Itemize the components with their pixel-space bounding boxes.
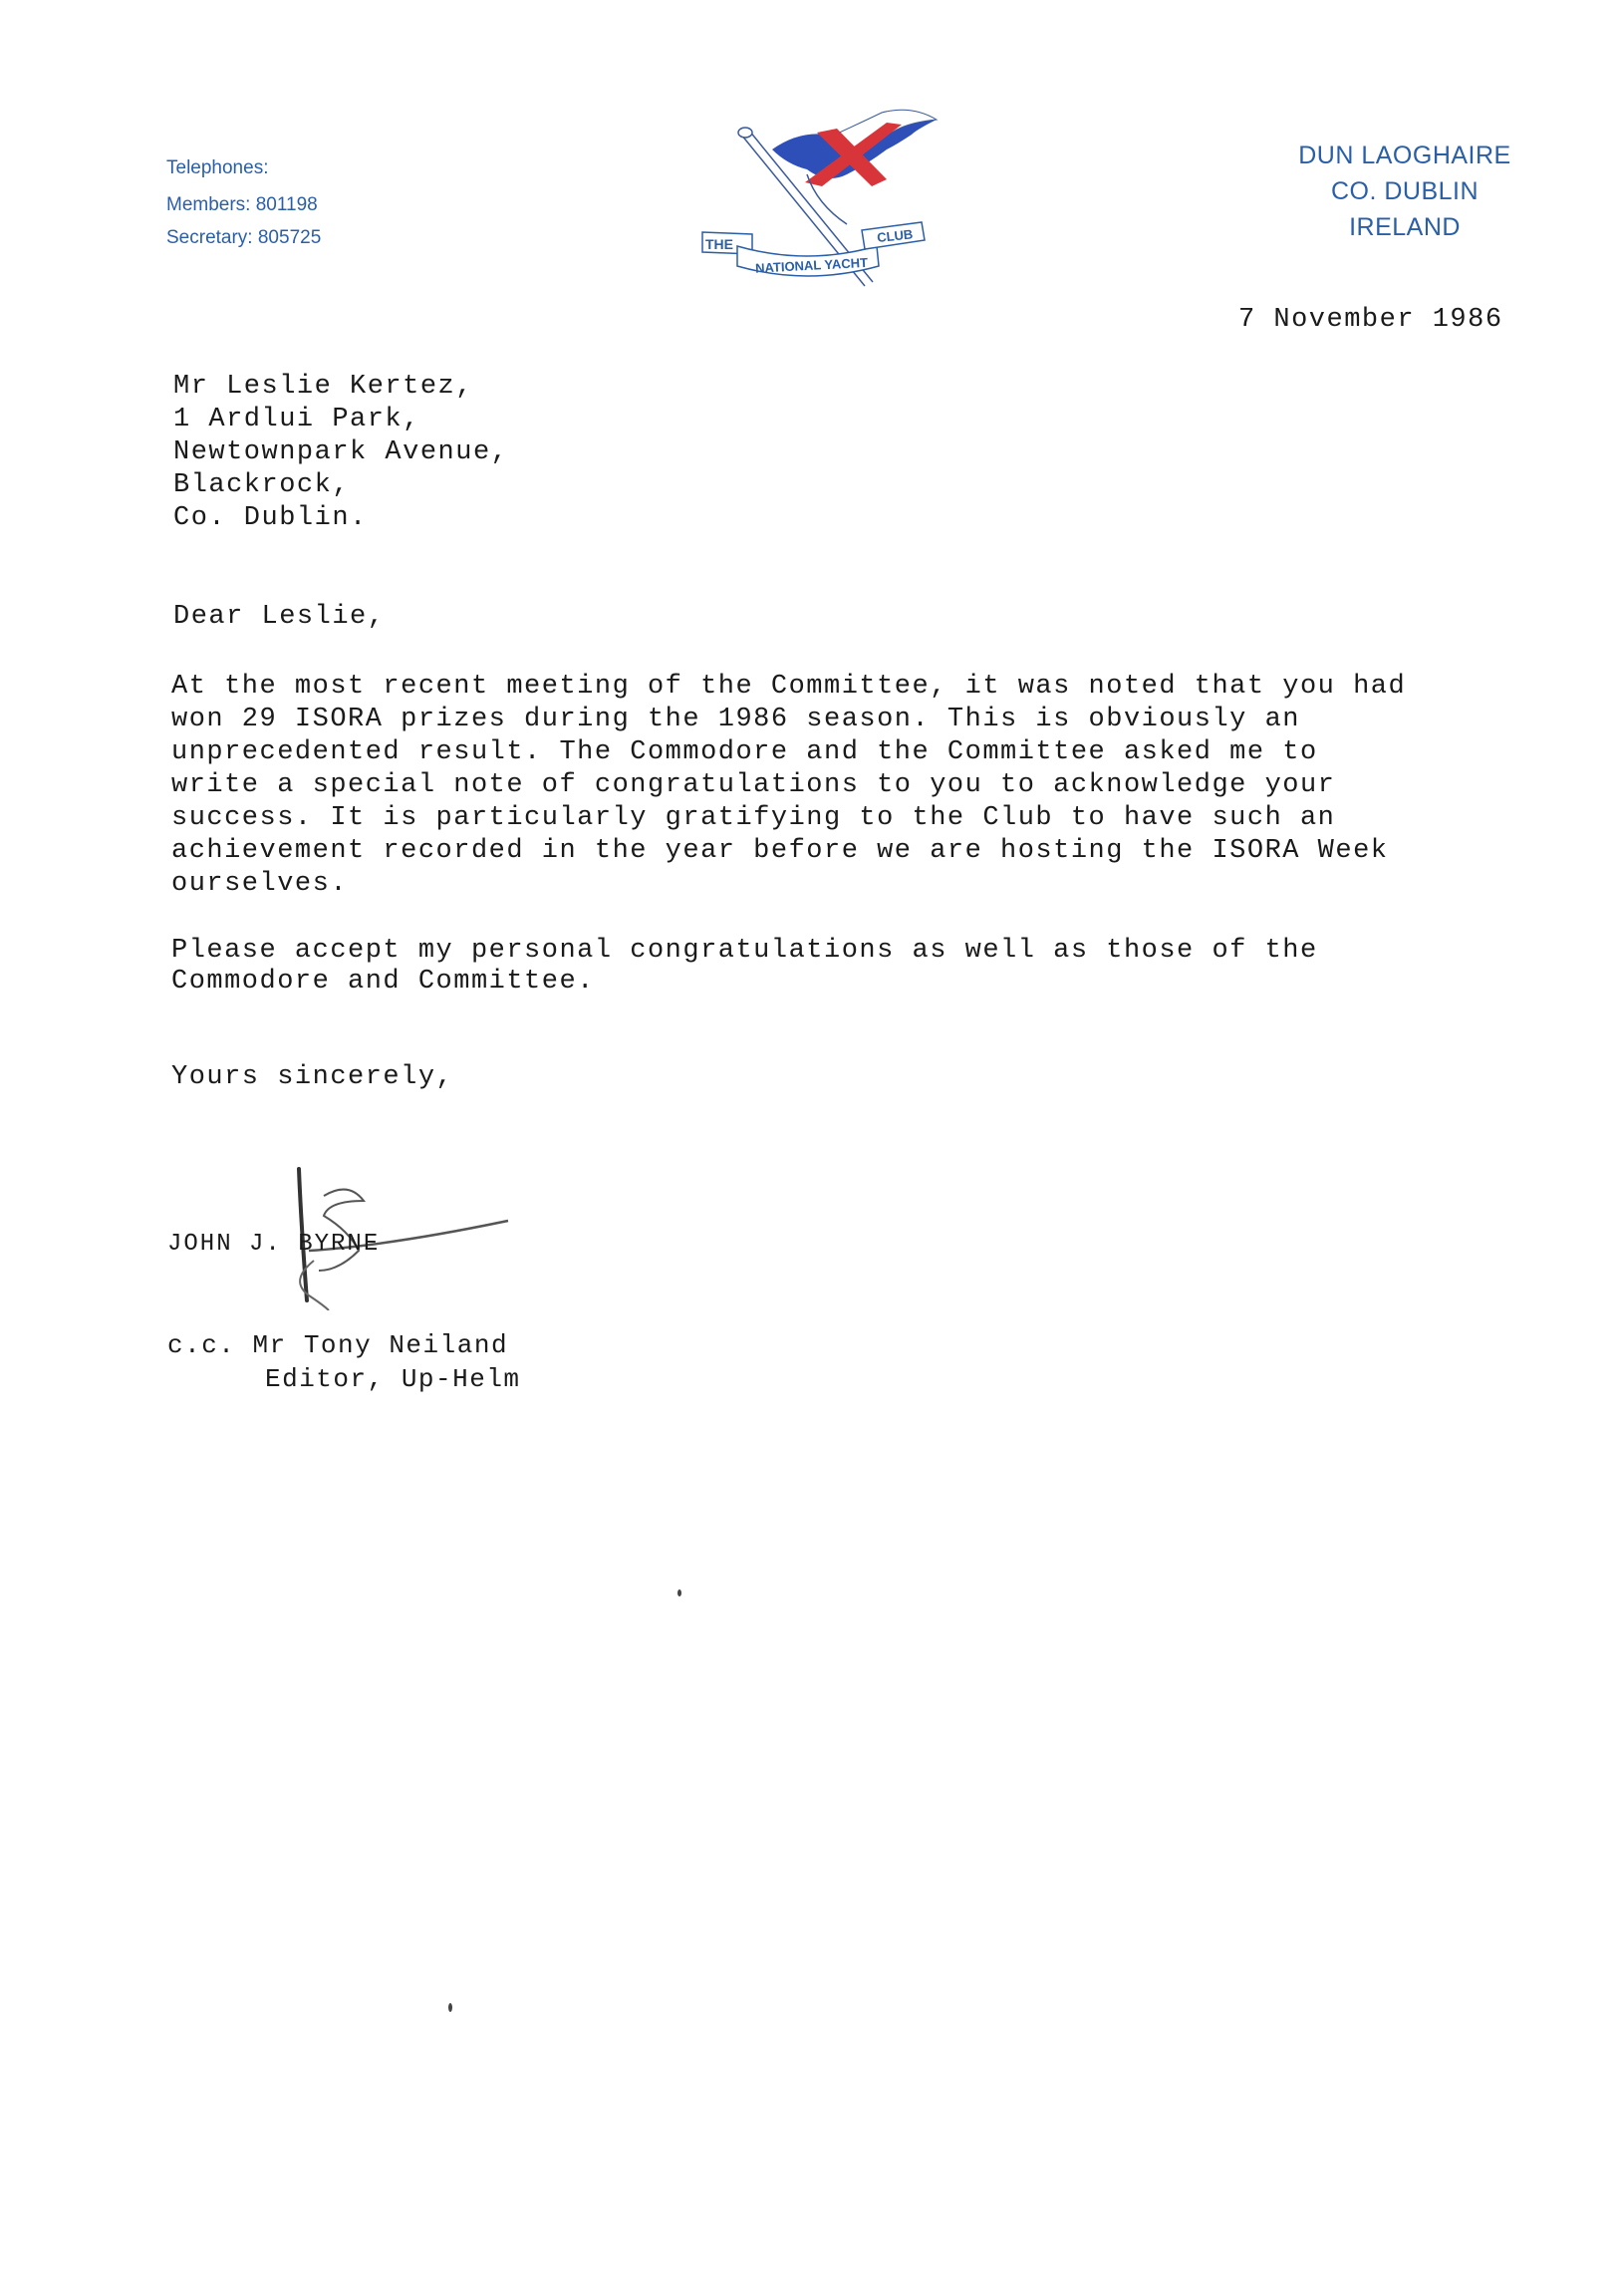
letter-date: 7 November 1986	[1238, 305, 1503, 335]
body-line: won 29 ISORA prizes during the 1986 seas…	[171, 704, 1586, 736]
address-line: DUN LAOGHAIRE	[1255, 138, 1554, 173]
body-paragraph-2: Please accept my personal congratulation…	[171, 936, 1318, 998]
recipient-line: 1 Ardlui Park,	[173, 404, 508, 436]
svg-text:THE: THE	[705, 236, 733, 252]
closing: Yours sincerely,	[171, 1062, 453, 1092]
burgee-flag-icon	[772, 110, 937, 224]
yacht-club-burgee-logo: THE NATIONAL YACHT CLUB	[697, 95, 966, 289]
body-line: unprecedented result. The Commodore and …	[171, 736, 1586, 769]
recipient-line: Blackrock,	[173, 469, 508, 502]
recipient-address: Mr Leslie Kertez, 1 Ardlui Park, Newtown…	[173, 371, 508, 535]
recipient-line: Newtownpark Avenue,	[173, 436, 508, 469]
scan-speck	[448, 2003, 452, 2012]
body-line: achievement recorded in the year before …	[171, 835, 1586, 868]
telephone-block: Telephones: Members: 801198 Secretary: 8…	[166, 149, 321, 256]
body-line: success. It is particularly gratifying t…	[171, 802, 1586, 835]
body-line: Commodore and Committee.	[171, 967, 1318, 998]
recipient-line: Mr Leslie Kertez,	[173, 371, 508, 404]
cc-recipient: c.c. Mr Tony Neiland	[167, 1328, 521, 1362]
body-line: ourselves.	[171, 868, 1586, 901]
address-line: IRELAND	[1255, 209, 1554, 245]
body-line: write a special note of congratulations …	[171, 769, 1586, 802]
recipient-line: Co. Dublin.	[173, 502, 508, 535]
salutation: Dear Leslie,	[173, 602, 385, 632]
body-line: At the most recent meeting of the Commit…	[171, 671, 1586, 704]
secretary-phone: Secretary: 805725	[166, 219, 321, 256]
club-name-banner: THE NATIONAL YACHT CLUB	[702, 222, 925, 276]
body-line: Please accept my personal congratulation…	[171, 936, 1318, 967]
cc-recipient-title: Editor, Up-Helm	[167, 1362, 521, 1396]
body-paragraph-1: At the most recent meeting of the Commit…	[171, 671, 1586, 901]
telephones-label: Telephones:	[166, 149, 321, 186]
scan-speck	[677, 1589, 681, 1596]
address-line: CO. DUBLIN	[1255, 173, 1554, 209]
signatory-name: JOHN J. BYRNE	[167, 1231, 380, 1258]
members-phone: Members: 801198	[166, 186, 321, 223]
cc-block: c.c. Mr Tony Neiland Editor, Up-Helm	[167, 1328, 521, 1396]
club-address: DUN LAOGHAIRE CO. DUBLIN IRELAND	[1255, 138, 1554, 245]
